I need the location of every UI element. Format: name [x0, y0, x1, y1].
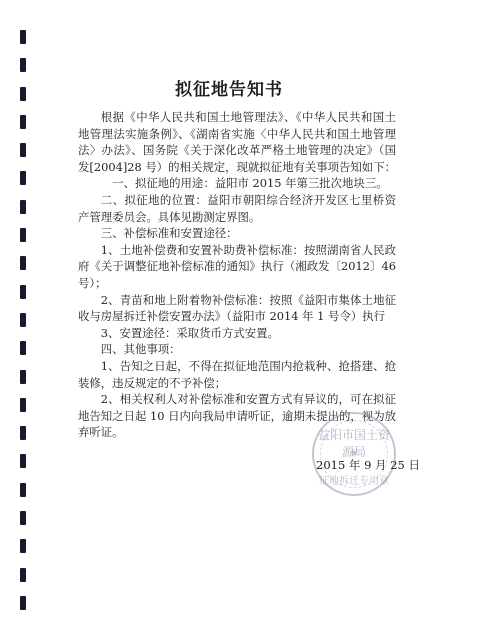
- binding-mark: [20, 596, 26, 610]
- binding-mark: [20, 341, 26, 355]
- binding-mark: [20, 200, 26, 214]
- document-title: 拟征地告知书: [0, 75, 458, 100]
- binding-mark: [20, 370, 26, 384]
- binding-mark: [20, 426, 26, 440]
- binding-mark: [20, 539, 26, 553]
- binding-mark: [20, 568, 26, 582]
- document-date: 2015 年 9 月 25 日: [316, 457, 420, 473]
- binding-mark: [20, 30, 26, 44]
- binding-mark: [20, 228, 26, 242]
- binding-mark: [20, 115, 26, 129]
- section-3-heading: 三、补偿标准和安置途径：: [78, 225, 396, 242]
- binding-mark: [20, 285, 26, 299]
- seal-bottom-text: 征地拆迁专用章: [314, 472, 394, 487]
- binding-mark: [20, 454, 26, 468]
- binding-mark: [20, 143, 26, 157]
- binding-mark: [20, 58, 26, 72]
- section-4-heading: 四、其他事项：: [78, 341, 396, 358]
- section-2-land-location: 二、拟征地的位置：益阳市朝阳综合经济开发区七里桥资产管理委员会。具体见勘测定界图…: [78, 192, 396, 225]
- binding-mark: [20, 313, 26, 327]
- section-3-item-3: 3、安置途径：采取货币方式安置。: [78, 325, 396, 342]
- document-body: 根据《中华人民共和国土地管理法》、《中华人民共和国土地管理法实施条例》、《湖南省…: [78, 109, 396, 441]
- section-3-item-2: 2、青苗和地上附着物补偿标准：按照《益阳市集体土地征收与房屋拆迁补偿安置办法》（…: [78, 292, 396, 325]
- section-1-land-use: 一、拟征地的用途：益阳市 2015 年第三批次地块三。: [78, 175, 396, 192]
- binding-mark: [20, 398, 26, 412]
- binding-margin-marks: [20, 30, 26, 624]
- section-3-item-1: 1、土地补偿费和安置补助费补偿标准：按照湖南省人民政府《关于调整征地补偿标准的通…: [78, 242, 396, 292]
- binding-mark: [20, 511, 26, 525]
- binding-mark: [20, 171, 26, 185]
- binding-mark: [20, 256, 26, 270]
- section-4-item-1: 1、告知之日起，不得在拟征地范围内抢栽种、抢搭建、抢装修，违反规定的不予补偿；: [78, 358, 396, 391]
- intro-paragraph: 根据《中华人民共和国土地管理法》、《中华人民共和国土地管理法实施条例》、《湖南省…: [78, 109, 396, 175]
- official-seal: 益阳市国土资源局 ★ 征地拆迁专用章: [312, 412, 396, 496]
- binding-mark: [20, 483, 26, 497]
